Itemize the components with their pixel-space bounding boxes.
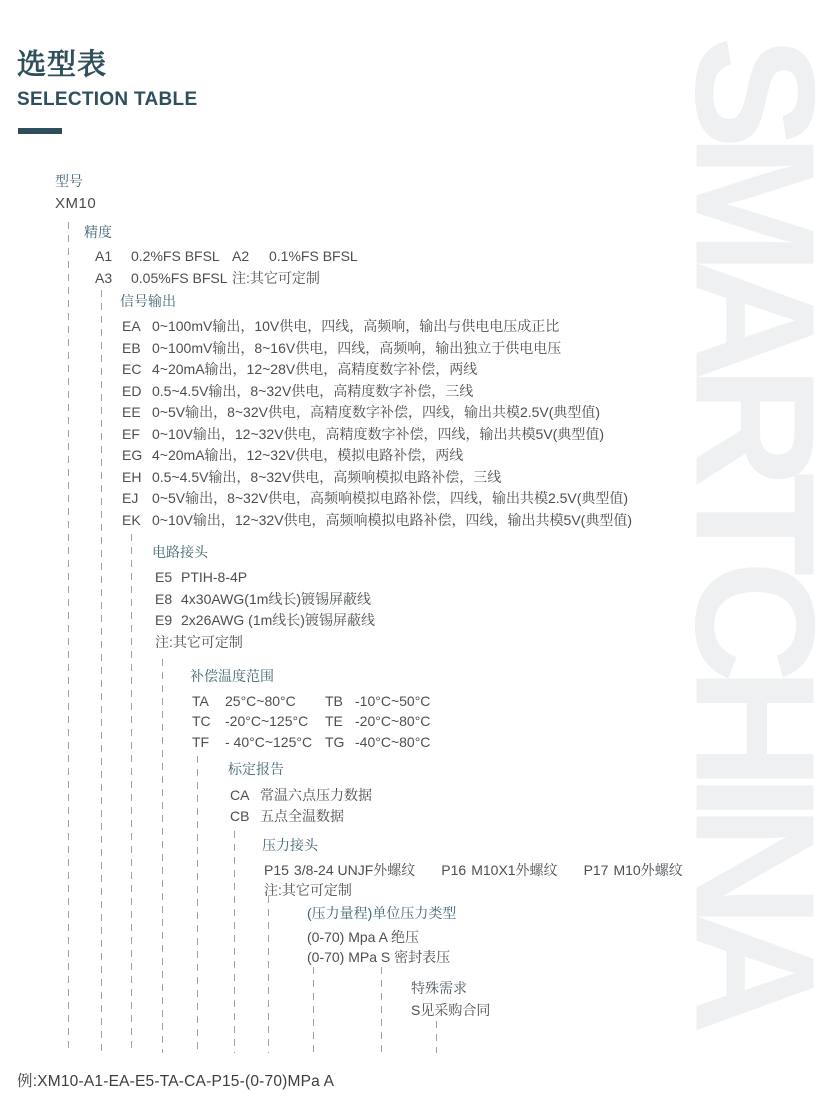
option-desc: PTIH-8-4P <box>181 569 247 585</box>
option-row: EA0~100mV输出，10V供电，四线，高频响，输出与供电电压成正比 <box>122 316 632 338</box>
connector-line-special <box>436 1021 437 1053</box>
option-code: EG <box>122 445 152 467</box>
option-row: P153/8-24 UNJF外螺纹 <box>264 860 415 880</box>
option-desc: 0~10V输出，12~32V供电，高频响模拟电路补偿，四线，输出共模5V(典型值… <box>152 512 632 528</box>
option-value: - 40°C~125°C <box>225 732 325 752</box>
option-desc: 0~5V输出，8~32V供电，高精度数字补偿，四线，输出共模2.5V(典型值) <box>152 404 600 420</box>
section-title-special: 特殊需求 <box>411 978 467 998</box>
option-desc: 3/8-24 UNJF外螺纹 <box>294 862 415 878</box>
option-value: 0.05%FS BFSL <box>131 268 232 290</box>
connector-line-pressure-port <box>268 896 269 1053</box>
option-row: (0-70) Mpa A 绝压 <box>307 928 450 948</box>
option-code: ED <box>122 381 152 403</box>
pressure-port-options: P153/8-24 UNJF外螺纹 P16M10X1外螺纹 P17M10外螺纹 <box>264 860 683 880</box>
watermark-text: SMARTCHINA <box>688 36 821 1019</box>
option-row: ED0.5~4.5V输出，8~32V供电，高精度数字补偿，三线 <box>122 381 632 403</box>
connector-line-range <box>313 967 314 1053</box>
option-value: -20°C~80°C <box>355 713 430 729</box>
option-row: TC-20°C~125°CTE-20°C~80°C <box>192 711 430 731</box>
model-value: XM10 <box>55 195 96 212</box>
section-title-accuracy: 精度 <box>84 222 112 242</box>
option-row: P17M10外螺纹 <box>584 860 683 880</box>
special-option: S见采购合同 <box>411 1000 490 1020</box>
option-value: 25°C~80°C <box>225 691 325 711</box>
option-code: EK <box>122 510 152 532</box>
pressure-port-note: 注:其它可定制 <box>264 880 352 900</box>
option-desc: 0~100mV输出，8~16V供电，四线，高频响，输出独立于供电电压 <box>152 340 561 356</box>
option-code: TA <box>192 691 225 711</box>
section-title-calibration: 标定报告 <box>228 759 284 779</box>
option-row: CA常温六点压力数据 <box>230 785 372 806</box>
option-desc: 0~5V输出，8~32V供电，高频响模拟电路补偿，四线，输出共模2.5V(典型值… <box>152 490 628 506</box>
option-code: A1 <box>95 246 131 268</box>
option-code: EJ <box>122 488 152 510</box>
option-code: TE <box>325 711 355 731</box>
option-desc: 常温六点压力数据 <box>260 787 372 803</box>
option-row: TF- 40°C~125°CTG-40°C~80°C <box>192 732 430 752</box>
option-row: P16M10X1外螺纹 <box>441 860 557 880</box>
model-label: 型号 <box>55 171 83 191</box>
option-code: TC <box>192 711 225 731</box>
option-row: EC4~20mA输出，12~28V供电，高精度数字补偿，两线 <box>122 359 632 381</box>
option-row: E5PTIH-8-4P <box>155 567 375 589</box>
option-row: TA25°C~80°CTB-10°C~50°C <box>192 691 430 711</box>
option-code: P15 <box>264 862 289 878</box>
connector-line-accuracy <box>101 290 102 1053</box>
option-row: (0-70) MPa S 密封表压 <box>307 948 450 968</box>
option-value: 0.1%FS BFSL <box>269 248 358 264</box>
option-code: E8 <box>155 589 181 611</box>
option-code: TB <box>325 691 355 711</box>
option-desc: 2x26AWG (1m线长)镀锡屏蔽线 <box>181 612 375 628</box>
option-row: E84x30AWG(1m线长)镀锡屏蔽线 <box>155 589 375 611</box>
option-code: EF <box>122 424 152 446</box>
page-subtitle: SELECTION TABLE <box>17 89 197 111</box>
option-desc: 0~100mV输出，10V供电，四线，高频响，输出与供电电压成正比 <box>152 318 559 334</box>
connector-line-electrical <box>162 659 163 1053</box>
option-code: EA <box>122 316 152 338</box>
range-options: (0-70) Mpa A 绝压 (0-70) MPa S 密封表压 <box>307 928 450 968</box>
option-row: EE0~5V输出，8~32V供电，高精度数字补偿，四线，输出共模2.5V(典型值… <box>122 402 632 424</box>
option-desc: 4~20mA输出，12~32V供电，模拟电路补偿，两线 <box>152 447 463 463</box>
title-underline-bar <box>18 128 62 134</box>
option-code: A2 <box>232 246 269 268</box>
option-row: EJ0~5V输出，8~32V供电，高频响模拟电路补偿，四线，输出共模2.5V(典… <box>122 488 632 510</box>
option-value: -10°C~50°C <box>355 693 430 709</box>
option-code: EB <box>122 338 152 360</box>
option-value: 0.2%FS BFSL <box>131 246 232 268</box>
option-desc: 0.5~4.5V输出，8~32V供电，高精度数字补偿，三线 <box>152 383 473 399</box>
ordering-example: 例:XM10-A1-EA-E5-TA-CA-P15-(0-70)MPa A <box>17 1069 334 1091</box>
option-row: A30.05%FS BFSL注:其它可定制 <box>95 268 358 290</box>
option-desc: 0.5~4.5V输出，8~32V供电，高频响模拟电路补偿，三线 <box>152 469 501 485</box>
option-row: EB0~100mV输出，8~16V供电，四线，高频响，输出独立于供电电压 <box>122 338 632 360</box>
option-desc: 4~20mA输出，12~28V供电，高精度数字补偿，两线 <box>152 361 477 377</box>
option-code: EE <box>122 402 152 424</box>
electrical-options: E5PTIH-8-4P E84x30AWG(1m线长)镀锡屏蔽线 E92x26A… <box>155 567 375 653</box>
option-code: EC <box>122 359 152 381</box>
connector-line-model <box>68 222 69 1053</box>
page-title: 选型表 <box>17 42 107 83</box>
connector-line-temperature <box>197 756 198 1053</box>
option-row: EF0~10V输出，12~32V供电，高精度数字补偿，四线，输出共模5V(典型值… <box>122 424 632 446</box>
option-value: -40°C~80°C <box>355 734 430 750</box>
section-title-range: (压力量程)单位压力类型 <box>307 903 456 923</box>
option-code: TF <box>192 732 225 752</box>
option-note: 注:其它可定制 <box>155 632 375 654</box>
temperature-options: TA25°C~80°CTB-10°C~50°C TC-20°C~125°CTE-… <box>192 691 430 752</box>
option-desc: M10X1外螺纹 <box>471 862 557 878</box>
accuracy-options: A10.2%FS BFSLA20.1%FS BFSL A30.05%FS BFS… <box>95 246 358 289</box>
option-code: E5 <box>155 567 181 589</box>
option-desc: 五点全温数据 <box>260 808 344 824</box>
option-row: E92x26AWG (1m线长)镀锡屏蔽线 <box>155 610 375 632</box>
option-code: TG <box>325 732 355 752</box>
option-value: -20°C~125°C <box>225 711 325 731</box>
option-row: CB五点全温数据 <box>230 806 372 827</box>
section-title-electrical: 电路接头 <box>152 542 208 562</box>
option-desc: M10外螺纹 <box>613 862 682 878</box>
option-code: EH <box>122 467 152 489</box>
option-row: EG4~20mA输出，12~32V供电，模拟电路补偿，两线 <box>122 445 632 467</box>
section-title-signal: 信号输出 <box>120 291 176 311</box>
option-row: A10.2%FS BFSLA20.1%FS BFSL <box>95 246 358 268</box>
connector-line-pressure-type <box>381 967 382 1053</box>
option-row: EH0.5~4.5V输出，8~32V供电，高频响模拟电路补偿，三线 <box>122 467 632 489</box>
option-desc: 4x30AWG(1m线长)镀锡屏蔽线 <box>181 591 371 607</box>
option-code: CA <box>230 785 260 806</box>
option-row: EK0~10V输出，12~32V供电，高频响模拟电路补偿，四线，输出共模5V(典… <box>122 510 632 532</box>
option-code: CB <box>230 806 260 827</box>
connector-line-signal <box>131 534 132 1053</box>
calibration-options: CA常温六点压力数据 CB五点全温数据 <box>230 785 372 827</box>
option-desc: 0~10V输出，12~32V供电，高精度数字补偿，四线，输出共模5V(典型值) <box>152 426 604 442</box>
section-title-temperature: 补偿温度范围 <box>190 666 274 686</box>
option-code: E9 <box>155 610 181 632</box>
option-code: P16 <box>441 862 466 878</box>
signal-options: EA0~100mV输出，10V供电，四线，高频响，输出与供电电压成正比 EB0~… <box>122 316 632 531</box>
option-code: P17 <box>584 862 609 878</box>
selection-table-page: SMARTCHINA 选型表 SELECTION TABLE 型号 XM10 精… <box>0 0 840 1105</box>
section-title-pressure-port: 压力接头 <box>262 835 318 855</box>
option-note: 注:其它可定制 <box>232 268 320 290</box>
option-code: A3 <box>95 268 131 290</box>
connector-line-calibration <box>234 831 235 1053</box>
